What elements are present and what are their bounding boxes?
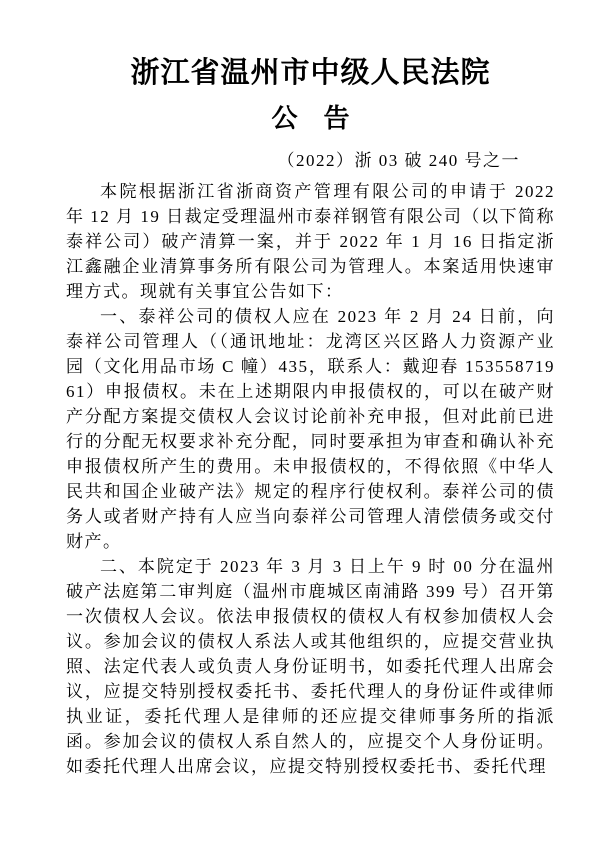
- paragraph: 二、本院定于 2023 年 3 月 3 日上午 9 时 00 分在温州破产法庭第…: [66, 554, 555, 779]
- notice-title: 公 告: [66, 104, 555, 134]
- case-number: （2022）浙 03 破 240 号之一: [66, 148, 555, 173]
- court-name-title: 浙江省温州市中级人民法院: [66, 56, 555, 90]
- court-notice-document: 浙江省温州市中级人民法院 公 告 （2022）浙 03 破 240 号之一 本院…: [0, 0, 607, 857]
- notice-body: 本院根据浙江省浙商资产管理有限公司的申请于 2022 年 12 月 19 日裁定…: [66, 179, 555, 779]
- paragraph: 本院根据浙江省浙商资产管理有限公司的申请于 2022 年 12 月 19 日裁定…: [66, 179, 555, 304]
- paragraph: 一、泰祥公司的债权人应在 2023 年 2 月 24 日前，向泰祥公司管理人（（…: [66, 304, 555, 554]
